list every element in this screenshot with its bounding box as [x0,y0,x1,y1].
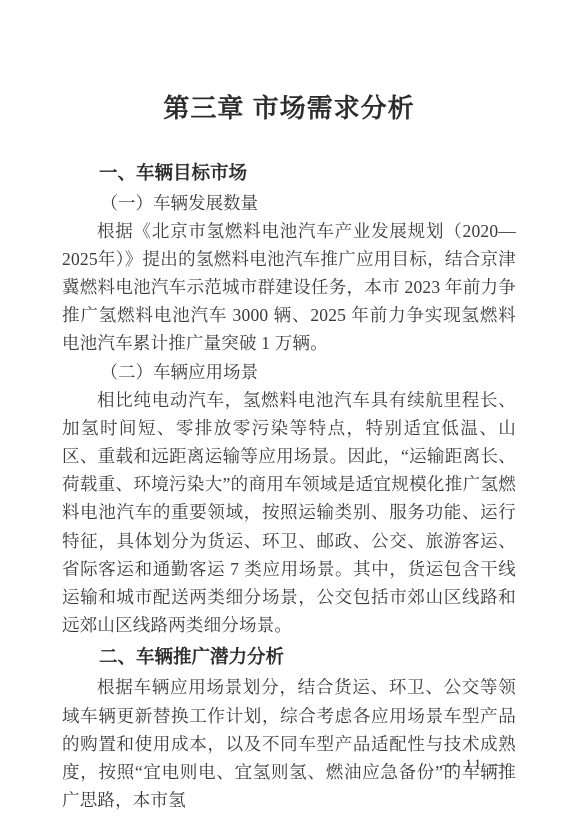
document-page: 第三章 市场需求分析 一、车辆目标市场 （一）车辆发展数量 根据《北京市氢燃料电… [0,0,578,818]
section-1-heading: 一、车辆目标市场 [62,159,516,187]
paragraph-promotion-potential-analysis: 根据车辆应用场景划分，结合货运、环卫、公交等领域车辆更新替换工作计划，综合考虑各… [62,673,516,814]
subsection-1-1-heading: （一）车辆发展数量 [62,189,516,217]
section-2-heading: 二、车辆推广潜力分析 [62,643,516,671]
subsection-1-2-heading: （二）车辆应用场景 [62,358,516,386]
chapter-title: 第三章 市场需求分析 [62,92,516,125]
page-number: — 11 — [442,757,506,774]
paragraph-vehicle-development-quantity: 根据《北京市氢燃料电池汽车产业发展规划（2020—2025年）》提出的氢燃料电池… [62,217,516,358]
paragraph-vehicle-application-scenarios: 相比纯电动汽车，氢燃料电池汽车具有续航里程长、加氢时间短、零排放零污染等特点，特… [62,386,516,640]
